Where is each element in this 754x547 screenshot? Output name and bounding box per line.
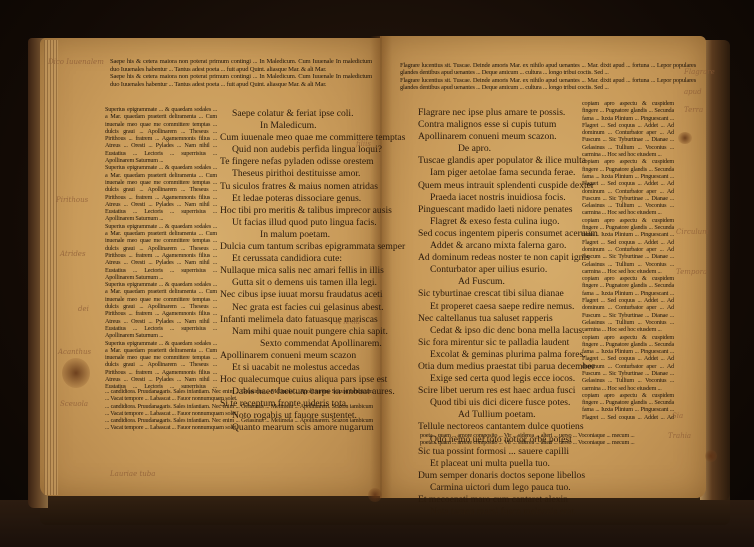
verse-line: Cum iuuenale meo quae me committere temp…: [220, 132, 405, 144]
verse-line: Nam mihi quae nouit pungere chia sapit.: [220, 326, 405, 338]
verse-line: Infanti melimela dato fatuasque mariscas: [220, 314, 405, 326]
poem-title: Ad Fuscum.: [418, 276, 598, 288]
verse-line: Apollinarem conueni meum scazon: [220, 350, 405, 362]
verse-line: Gutta sit o demens uis tamen illa legi.: [220, 277, 405, 289]
margin-note: Dico Iuuenalem: [48, 58, 104, 66]
margin-note: Pirithous: [56, 196, 88, 204]
margin-note: Acanthus: [58, 348, 91, 356]
stain: [62, 358, 90, 388]
verse-line: Addet & arcano mixta falerna garo.: [418, 240, 598, 252]
left-verse-column: Saepe colatur & feriat ipse coli. In Mal…: [220, 108, 405, 435]
right-side-commentary: copiam apro aspectu & cuspidem fingere .…: [582, 100, 674, 420]
verse-line: Tuscae glandis aper populator & ilice mu…: [418, 155, 598, 167]
right-header-commentary: Flagrare lucentius sit. Tuscae. Deinde a…: [400, 62, 696, 104]
verse-line: Iam piger aetolae fama secunda ferae.: [418, 167, 598, 179]
right-verse-column: Flagrare nec ipse plus amare te possis. …: [418, 107, 598, 518]
verse-line: Et properet caesa saepe redire nemus.: [418, 301, 598, 313]
verse-line: Contra malignos esse si cupis tutum: [418, 119, 598, 131]
page-edges: [44, 40, 58, 495]
verse-line: Nota tamen marsi fusca melaenis erat.: [418, 506, 598, 518]
verse-line: Quem meus intrauit splendenti cuspide de…: [418, 180, 598, 192]
verse-line: Otia dum medius praestat tibi parua dece…: [418, 361, 598, 373]
verse-line: Quid non audebis perfida lingua loqui?: [220, 144, 405, 156]
verse-line: Scire libet uerum res est haec ardua fus…: [418, 385, 598, 397]
verse-line: Praeda iacet nostris inuidiosa focis.: [418, 192, 598, 204]
verse-line: Sed cocus ingentem piperis consumet acer…: [418, 228, 598, 240]
verse-line: Sic tyburtinae crescat tibi silua dianae: [418, 288, 598, 300]
poem-title: De apro.: [418, 143, 598, 155]
margin-note: Trahia: [668, 432, 691, 440]
margin-note: Lauriae tuba: [110, 470, 155, 478]
verse-line: Dum semper donaris doctos sepone libello…: [418, 470, 598, 482]
verse-line: Te fingere nefas pyladen odisse orestem: [220, 156, 405, 168]
verse-line: Cedat & ipso dic denc bona mella lacus.: [418, 325, 598, 337]
verse-line: Flagret & exeso festa culina iugo.: [418, 216, 598, 228]
poem-title: In Maledicum.: [220, 120, 405, 132]
verse-line: Et mecoenati maro cum cantaret alexin: [418, 494, 598, 506]
verse-line: Pinguescant madido laeti nidore penates: [418, 204, 598, 216]
verse-line: Sic fora mirentur sic te palladia lauden…: [418, 337, 598, 349]
verse-line: Dulcia cum tantum scribas epigrammata se…: [220, 241, 405, 253]
verse-line: Excolat & geminas plurima palma fores.: [418, 349, 598, 361]
poem-title: Sexto commendat Apollinarem.: [220, 338, 405, 350]
margin-note: Circulum: [676, 228, 709, 236]
margin-note: Terra: [684, 106, 703, 114]
margin-note: Flagrare: [684, 68, 715, 76]
verse-line: Saepe colatur & feriat ipse coli.: [220, 108, 405, 120]
right-footer-commentary: poeta... quam ... amore composito ... Vi…: [420, 432, 676, 454]
verse-line: Nec caltellanus tua saluset rapperis: [418, 313, 598, 325]
verse-line: Ad dominum redeas noster te non capit ig…: [418, 252, 598, 264]
verse-line: Et placeat uni multa puella tuo.: [418, 458, 598, 470]
verse-line: Nullaque mica salis nec amari fellis in …: [220, 265, 405, 277]
stain: [705, 450, 717, 462]
verse-line: Hoc qualecumque cuius aliqua pars ipse e…: [220, 374, 405, 386]
verse-line: Tu siculos fratres & maius nomen atridas: [220, 181, 405, 193]
margin-note: A lexia: [336, 318, 360, 326]
poem-title: Ad Tullium poetam.: [418, 409, 598, 421]
margin-note: apud: [684, 88, 702, 96]
left-footer-commentary: ... candidiora. Pruudanagaris. Sales inf…: [105, 388, 373, 450]
verse-line: Flagrare nec ipse plus amare te possis.: [418, 107, 598, 119]
margin-note: Sia: [672, 412, 683, 420]
verse-line: Nec cibus ipse iuuat morsu fraudatus ace…: [220, 289, 405, 301]
verse-line: Et cerussata candidiora cute:: [220, 253, 405, 265]
poem-title: In malum poetam.: [220, 229, 405, 241]
margin-note: filiis: [356, 140, 371, 148]
verse-line: Carmina uictori dum lego pauca tuo.: [418, 482, 598, 494]
left-header-commentary: Saepe his & cetera maiora non poterat pr…: [110, 58, 372, 106]
verse-line: Ut facias illud quod puto lingua facis.: [220, 217, 405, 229]
margin-note: Atrides: [60, 250, 86, 258]
verse-line: Apollinarem conueni meum scazon.: [418, 131, 598, 143]
verse-line: Theseus pirithoi destituisse amor.: [220, 168, 405, 180]
verse-line: Conturbator aper uilius esurio.: [418, 264, 598, 276]
margin-note: Sceuola: [60, 400, 88, 408]
stain: [368, 488, 382, 502]
left-commentary-column: Superius epigrammate ... & quaedam sodal…: [105, 106, 217, 388]
margin-note: Tempora: [676, 268, 707, 276]
verse-line: Hoc tibi pro meritis & talibus imprecor …: [220, 205, 405, 217]
stain: [678, 132, 692, 144]
verse-line: Nec grata est facies cui gelasinus abest…: [220, 302, 405, 314]
verse-line: Et si uacabit ne molestus accedas: [220, 362, 405, 374]
verse-line: Exige sed certa quod legis ecce iocos.: [418, 373, 598, 385]
verse-line: Et ledae poteras dissociare genus.: [220, 193, 405, 205]
verse-line: Quod tibi uis dici dicere fusce potes.: [418, 397, 598, 409]
margin-note: dei: [78, 305, 89, 313]
